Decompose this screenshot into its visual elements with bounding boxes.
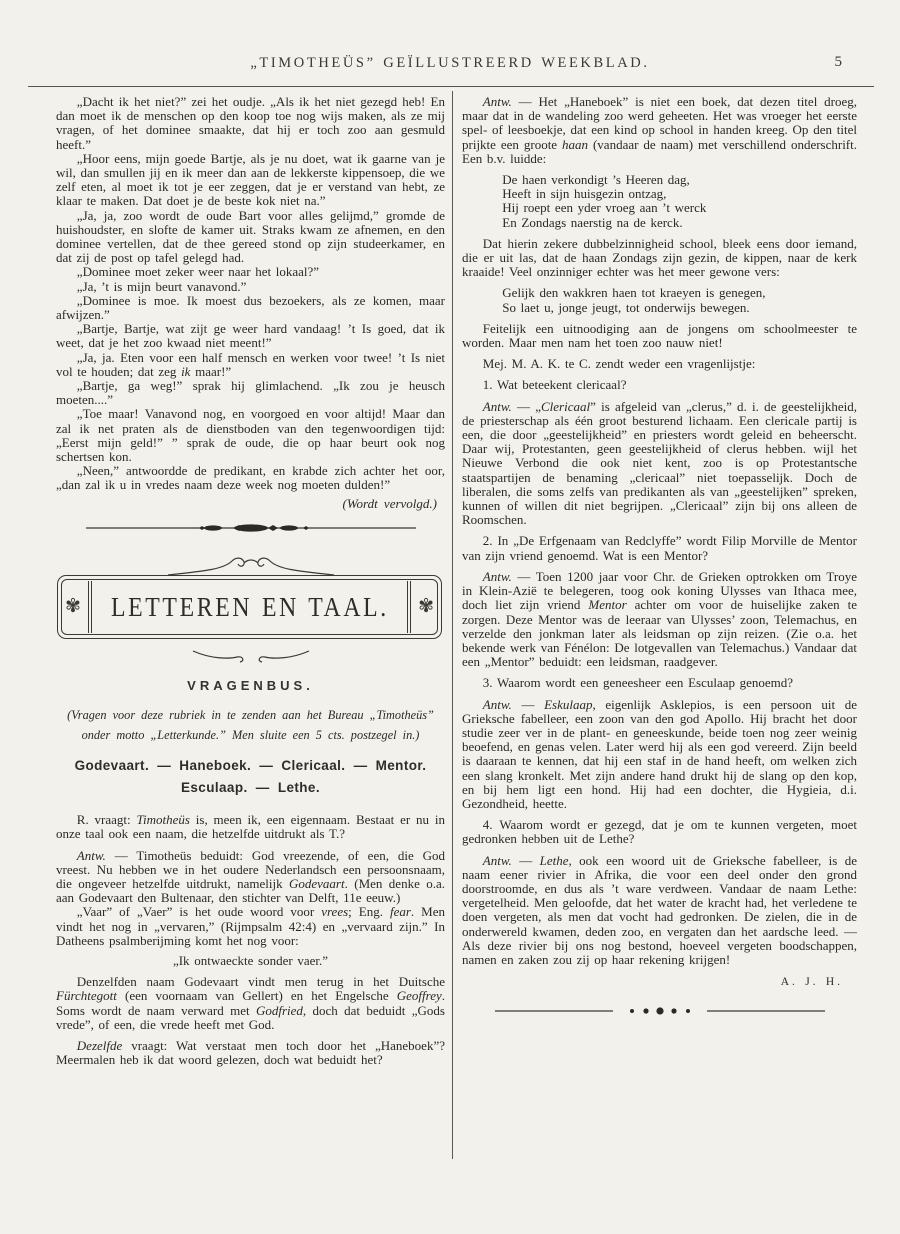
paragraph: Antw. — Timotheüs beduidt: God vreezende… (56, 849, 445, 906)
paragraph: Dezelfde vraagt: Wat verstaat men toch d… (56, 1039, 445, 1067)
paragraph: 1. Wat beteekent clericaal? (462, 378, 857, 392)
paragraph: „Ja, ja. Eten voor een half mensch en we… (56, 351, 445, 379)
paragraph: 3. Waarom wordt een geneesheer een Escul… (462, 676, 857, 690)
paragraph: „Bartje, Bartje, wat zijt ge weer hard v… (56, 322, 445, 350)
curl-ornament-icon (191, 649, 311, 665)
paragraph: „Neen,” antwoordde de predikant, en krab… (56, 464, 445, 492)
paragraph: Dat hierin zekere dubbelzinnigheid schoo… (462, 237, 857, 280)
qa-text-right: Antw. — Het „Haneboek” is niet een boek,… (462, 95, 857, 989)
paragraph: „Dominee is moe. Ik moest dus bezoekers,… (56, 294, 445, 322)
paragraph: Antw. — Lethe, ook een woord uit de Grie… (462, 854, 857, 968)
verse-block: Gelijk den wakkren haen tot kraeyen is g… (502, 286, 857, 314)
qa-text-left: R. vraagt: Timotheüs is, meen ik, een ei… (56, 813, 445, 1067)
paragraph: „Vaar” of „Vaer” is het oude woord voor … (56, 905, 445, 948)
serial-story-text: „Dacht ik het niet?” zei het oudje. „Als… (56, 95, 445, 511)
rosette-right-icon: ✾ (411, 576, 441, 638)
paragraph: 2. In „De Erfgenaam van Redclyffe” wordt… (462, 534, 857, 562)
paragraph: Antw. — „Clericaal” is afgeleid van „cle… (462, 400, 857, 528)
column-divider-rule (452, 91, 453, 1159)
diamond-rule-divider-icon (86, 521, 416, 535)
submission-note: (Vragen voor deze rubriek in te zenden a… (56, 705, 445, 745)
scroll-ornament-icon (166, 555, 336, 577)
paragraph: R. vraagt: Timotheüs is, meen ik, een ei… (56, 813, 445, 841)
paragraph: „Dacht ik het niet?” zei het oudje. „Als… (56, 95, 445, 152)
paragraph: Antw. — Het „Haneboek” is niet een boek,… (462, 95, 857, 166)
magazine-page: „TIMOTHEÜS” GEÏLLUSTREERD WEEKBLAD. 5 „D… (0, 0, 900, 1234)
paragraph: Feitelijk een uitnoodiging aan de jongen… (462, 322, 857, 350)
vragenbus-heading: VRAGENBUS. (56, 679, 445, 693)
paragraph: Antw. — Toen 1200 jaar voor Chr. de Grie… (462, 570, 857, 669)
dots-rule-divider-icon (495, 1005, 825, 1017)
rosette-left-icon: ✾ (58, 576, 88, 638)
paragraph: „Toe maar! Vanavond nog, en voorgoed en … (56, 407, 445, 464)
left-column: „Dacht ik het niet?” zei het oudje. „Als… (56, 95, 445, 1067)
topics-list: Godevaart. — Haneboek. — Clericaal. — Me… (56, 755, 445, 799)
paragraph: „Ja, ja, zoo wordt de oude Bart voor all… (56, 209, 445, 266)
banner-frame: ✾ LETTEREN EN TAAL. ✾ (57, 575, 442, 639)
header-rule (28, 86, 874, 87)
paragraph: „Ja, ’t is mijn beurt vanavond.” (56, 280, 445, 294)
right-column: Antw. — Het „Haneboek” is niet een boek,… (462, 95, 857, 1017)
paragraph: Antw. — Eskulaap, eigenlijk Asklepios, i… (462, 698, 857, 812)
paragraph: Denzelfden naam Godevaart vindt men teru… (56, 975, 445, 1032)
paragraph: 4. Waarom wordt er gezegd, dat je om te … (462, 818, 857, 846)
paragraph: A. J. H. (462, 975, 857, 989)
topics-line-2: Esculaap. — Lethe. (56, 777, 445, 799)
paragraph: „Bartje, ga weg!” sprak hij glimlachend.… (56, 379, 445, 407)
paragraph: „Dominee moet zeker weer naar het lokaal… (56, 265, 445, 279)
verse-block: „Ik ontwaeckte sonder vaer.” (56, 954, 445, 968)
section-banner-title: LETTEREN EN TAAL. (111, 576, 389, 638)
banner-rule-left (88, 581, 92, 633)
topics-line-1: Godevaart. — Haneboek. — Clericaal. — Me… (56, 755, 445, 777)
section-banner: ✾ LETTEREN EN TAAL. ✾ (56, 561, 445, 657)
paragraph: Mej. M. A. K. te C. zendt weder een vrag… (462, 357, 857, 371)
page-number: 5 (835, 55, 843, 69)
paragraph: (Wordt vervolgd.) (56, 497, 445, 511)
masthead-title: „TIMOTHEÜS” GEÏLLUSTREERD WEEKBLAD. (0, 56, 900, 70)
paragraph: „Hoor eens, mijn goede Bartje, als je nu… (56, 152, 445, 209)
verse-block: De haen verkondigt ’s Heeren dag,Heeft i… (502, 173, 857, 230)
